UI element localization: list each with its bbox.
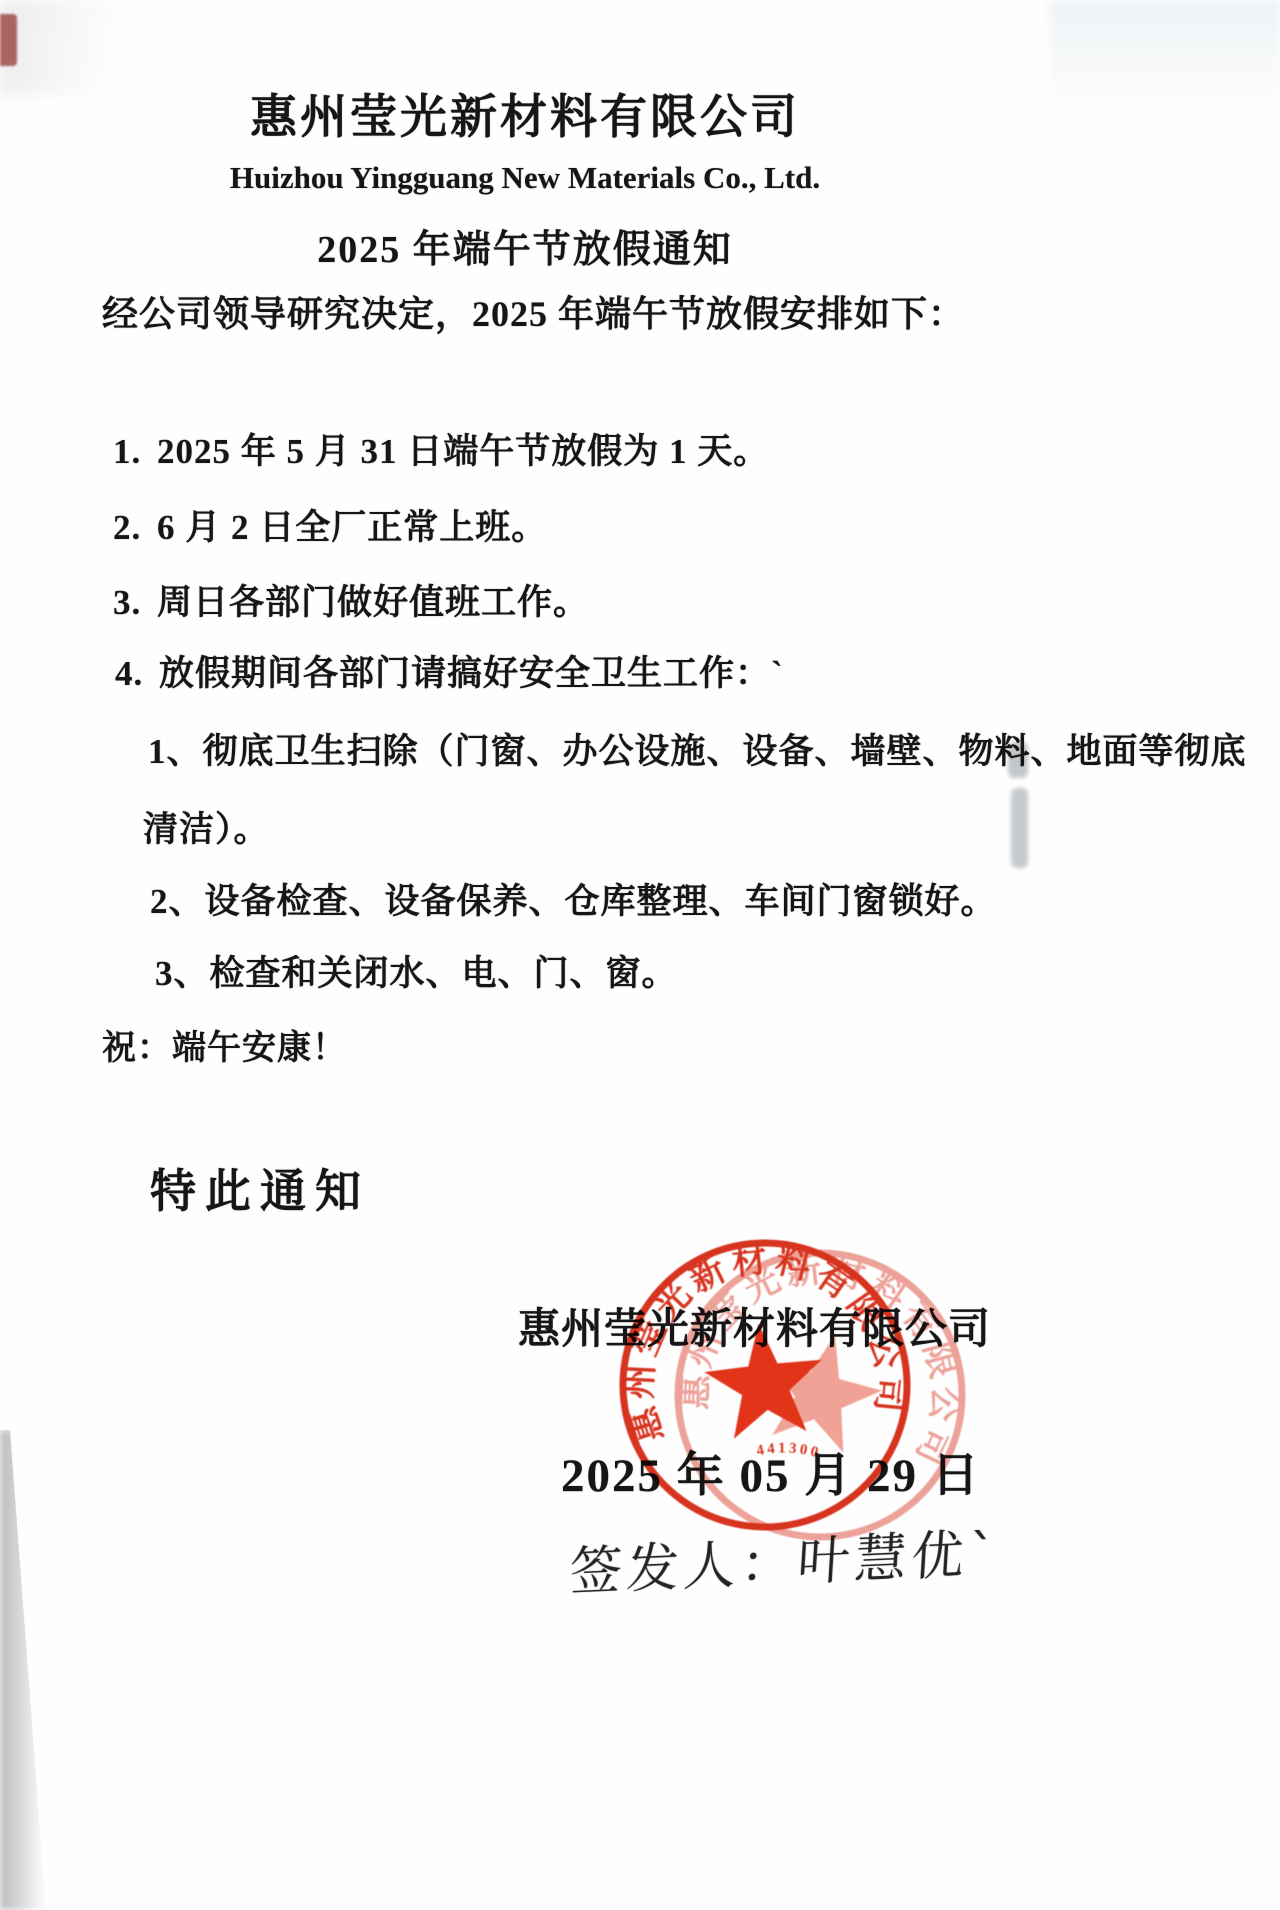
document-page: 惠州莹光新材料有限公司 Huizhou Yingguang New Materi… xyxy=(0,0,1280,1910)
seal-main-impression: 441300 xyxy=(605,1227,924,1542)
notice-title: 2025 年端午节放假通知 xyxy=(0,218,1050,273)
detail-item-3-number: 3、 xyxy=(155,954,210,993)
detail-item-3-text: 检查和关闭水、电、门、窗。 xyxy=(210,954,678,993)
seal-serial-number: 441300 xyxy=(755,1436,824,1468)
photo-mark-topleft xyxy=(0,14,17,66)
festival-wish: 祝：端午安康！ xyxy=(102,1020,347,1069)
list-item-4: 4.放假期间各部门请搞好安全卫生工作：` xyxy=(115,646,784,696)
list-item-3-text: 周日各部门做好值班工作。 xyxy=(157,583,589,622)
list-item-1: 1.2025 年 5 月 31 日端午节放假为 1 天。 xyxy=(113,424,769,474)
list-item-1-text: 2025 年 5 月 31 日端午节放假为 1 天。 xyxy=(157,432,769,471)
seal-main-impression-shape xyxy=(605,1227,924,1542)
list-item-3: 3.周日各部门做好值班工作。 xyxy=(113,575,589,625)
list-item-4-number: 4. xyxy=(115,654,159,694)
list-item-2: 2.6 月 2 日全厂正常上班。 xyxy=(113,500,547,550)
list-item-1-number: 1. xyxy=(113,432,157,472)
detail-item-2-number: 2、 xyxy=(150,882,205,921)
list-item-2-text: 6 月 2 日全厂正常上班。 xyxy=(157,508,547,547)
list-item-2-number: 2. xyxy=(113,508,157,548)
list-item-3-number: 3. xyxy=(113,583,157,623)
detail-item-1-line-2: 清洁）。 xyxy=(143,802,270,852)
intro-text: 经公司领导研究决定，2025 年端午节放假安排如下： xyxy=(102,286,965,337)
detail-item-2: 2、设备检查、设备保养、仓库整理、车间门窗锁好。 xyxy=(150,874,997,924)
photo-shadow-bottomleft xyxy=(0,1430,46,1910)
list-item-4-text: 放假期间各部门请搞好安全卫生工作：` xyxy=(159,654,784,693)
photo-tint-topright xyxy=(1050,0,1280,120)
detail-item-1-line-1: 1、彻底卫生扫除（门窗、办公设施、设备、墙壁、物料、地面等彻底 xyxy=(148,724,1247,774)
detail-item-1-text: 彻底卫生扫除（门窗、办公设施、设备、墙壁、物料、地面等彻底 xyxy=(203,732,1247,771)
svg-text:441300: 441300 xyxy=(755,1436,824,1468)
detail-item-3: 3、检查和关闭水、电、门、窗。 xyxy=(155,946,678,996)
company-name-en: Huizhou Yingguang New Materials Co., Ltd… xyxy=(0,160,1050,196)
detail-item-1-number: 1、 xyxy=(148,732,203,771)
photo-mark-right-2 xyxy=(1011,788,1028,868)
company-seal: 惠州莹光新材料有限公司 441300 xyxy=(560,1210,1040,1590)
company-name-cn: 惠州莹光新材料有限公司 xyxy=(0,80,1050,147)
detail-item-2-text: 设备检查、设备保养、仓库整理、车间门窗锁好。 xyxy=(205,882,997,921)
closing-phrase: 特此通知 xyxy=(150,1155,370,1221)
